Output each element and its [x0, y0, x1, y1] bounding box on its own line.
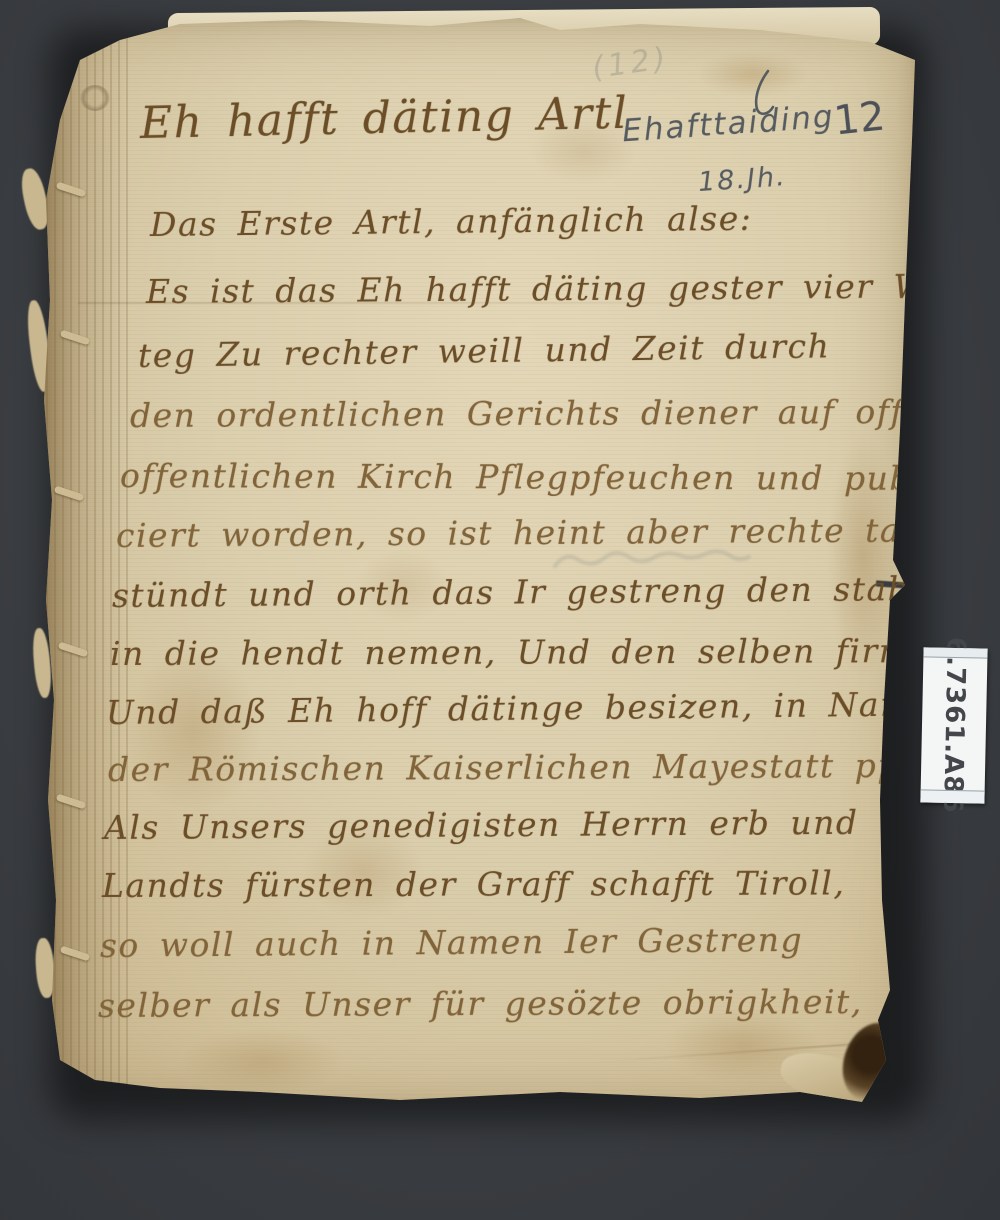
- manuscript-page: (12) Ehafttaiding 12 18.Jh. Eh hafft dät…: [38, 16, 918, 1111]
- manuscript-line: stündt und orth das Ir gestreng den stab: [112, 569, 911, 615]
- manuscript-line: so woll auch in Namen Ier Gestreng: [100, 920, 803, 965]
- manuscript-photo: (12) Ehafttaiding 12 18.Jh. Eh hafft dät…: [0, 0, 1000, 1220]
- manuscript-line: Und daß Eh hoff dätinge besizen, in Name…: [106, 684, 957, 732]
- manuscript-line: Landts fürsten der Graff schafft Tiroll,: [102, 863, 845, 905]
- label-edge-band: [923, 647, 987, 658]
- manuscript-line: Als Unsers genedigisten Herrn erb und: [104, 803, 859, 847]
- manuscript-line: ciert worden, so ist heint aber rechte t…: [116, 510, 924, 555]
- stain: [80, 85, 110, 111]
- manuscript-line: den ordentlichen Gerichts diener auf off…: [130, 392, 919, 435]
- manuscript-line: selber als Unser für gesözte obrigkheit,: [98, 982, 863, 1025]
- manuscript-line: Eh hafft däting Artl: [139, 88, 628, 149]
- label-edge-band: [920, 789, 984, 803]
- manuscript-line: Es ist das Eh hafft däting gester vier W…: [146, 266, 1000, 311]
- manuscript-line: teg Zu rechter weill und Zeit durch: [138, 326, 831, 375]
- manuscript-line: Das Erste Artl, anfänglich alse:: [150, 199, 753, 244]
- pencil-century-note: 18.Jh.: [697, 161, 788, 198]
- pencil-page-number: 12: [832, 93, 887, 144]
- pencil-faint-number: (12): [590, 41, 672, 86]
- archive-label-text: 6.7361.A86: [937, 637, 971, 814]
- archive-label: 6.7361.A86: [920, 647, 987, 803]
- manuscript-line: der Römischen Kaiserlichen Mayestatt pp:: [108, 746, 913, 789]
- manuscript-line: offentlichen Kirch Pflegpfeuchen und pub…: [120, 456, 949, 498]
- manuscript-line: in die hendt nemen, Und den selben firm,: [110, 631, 924, 673]
